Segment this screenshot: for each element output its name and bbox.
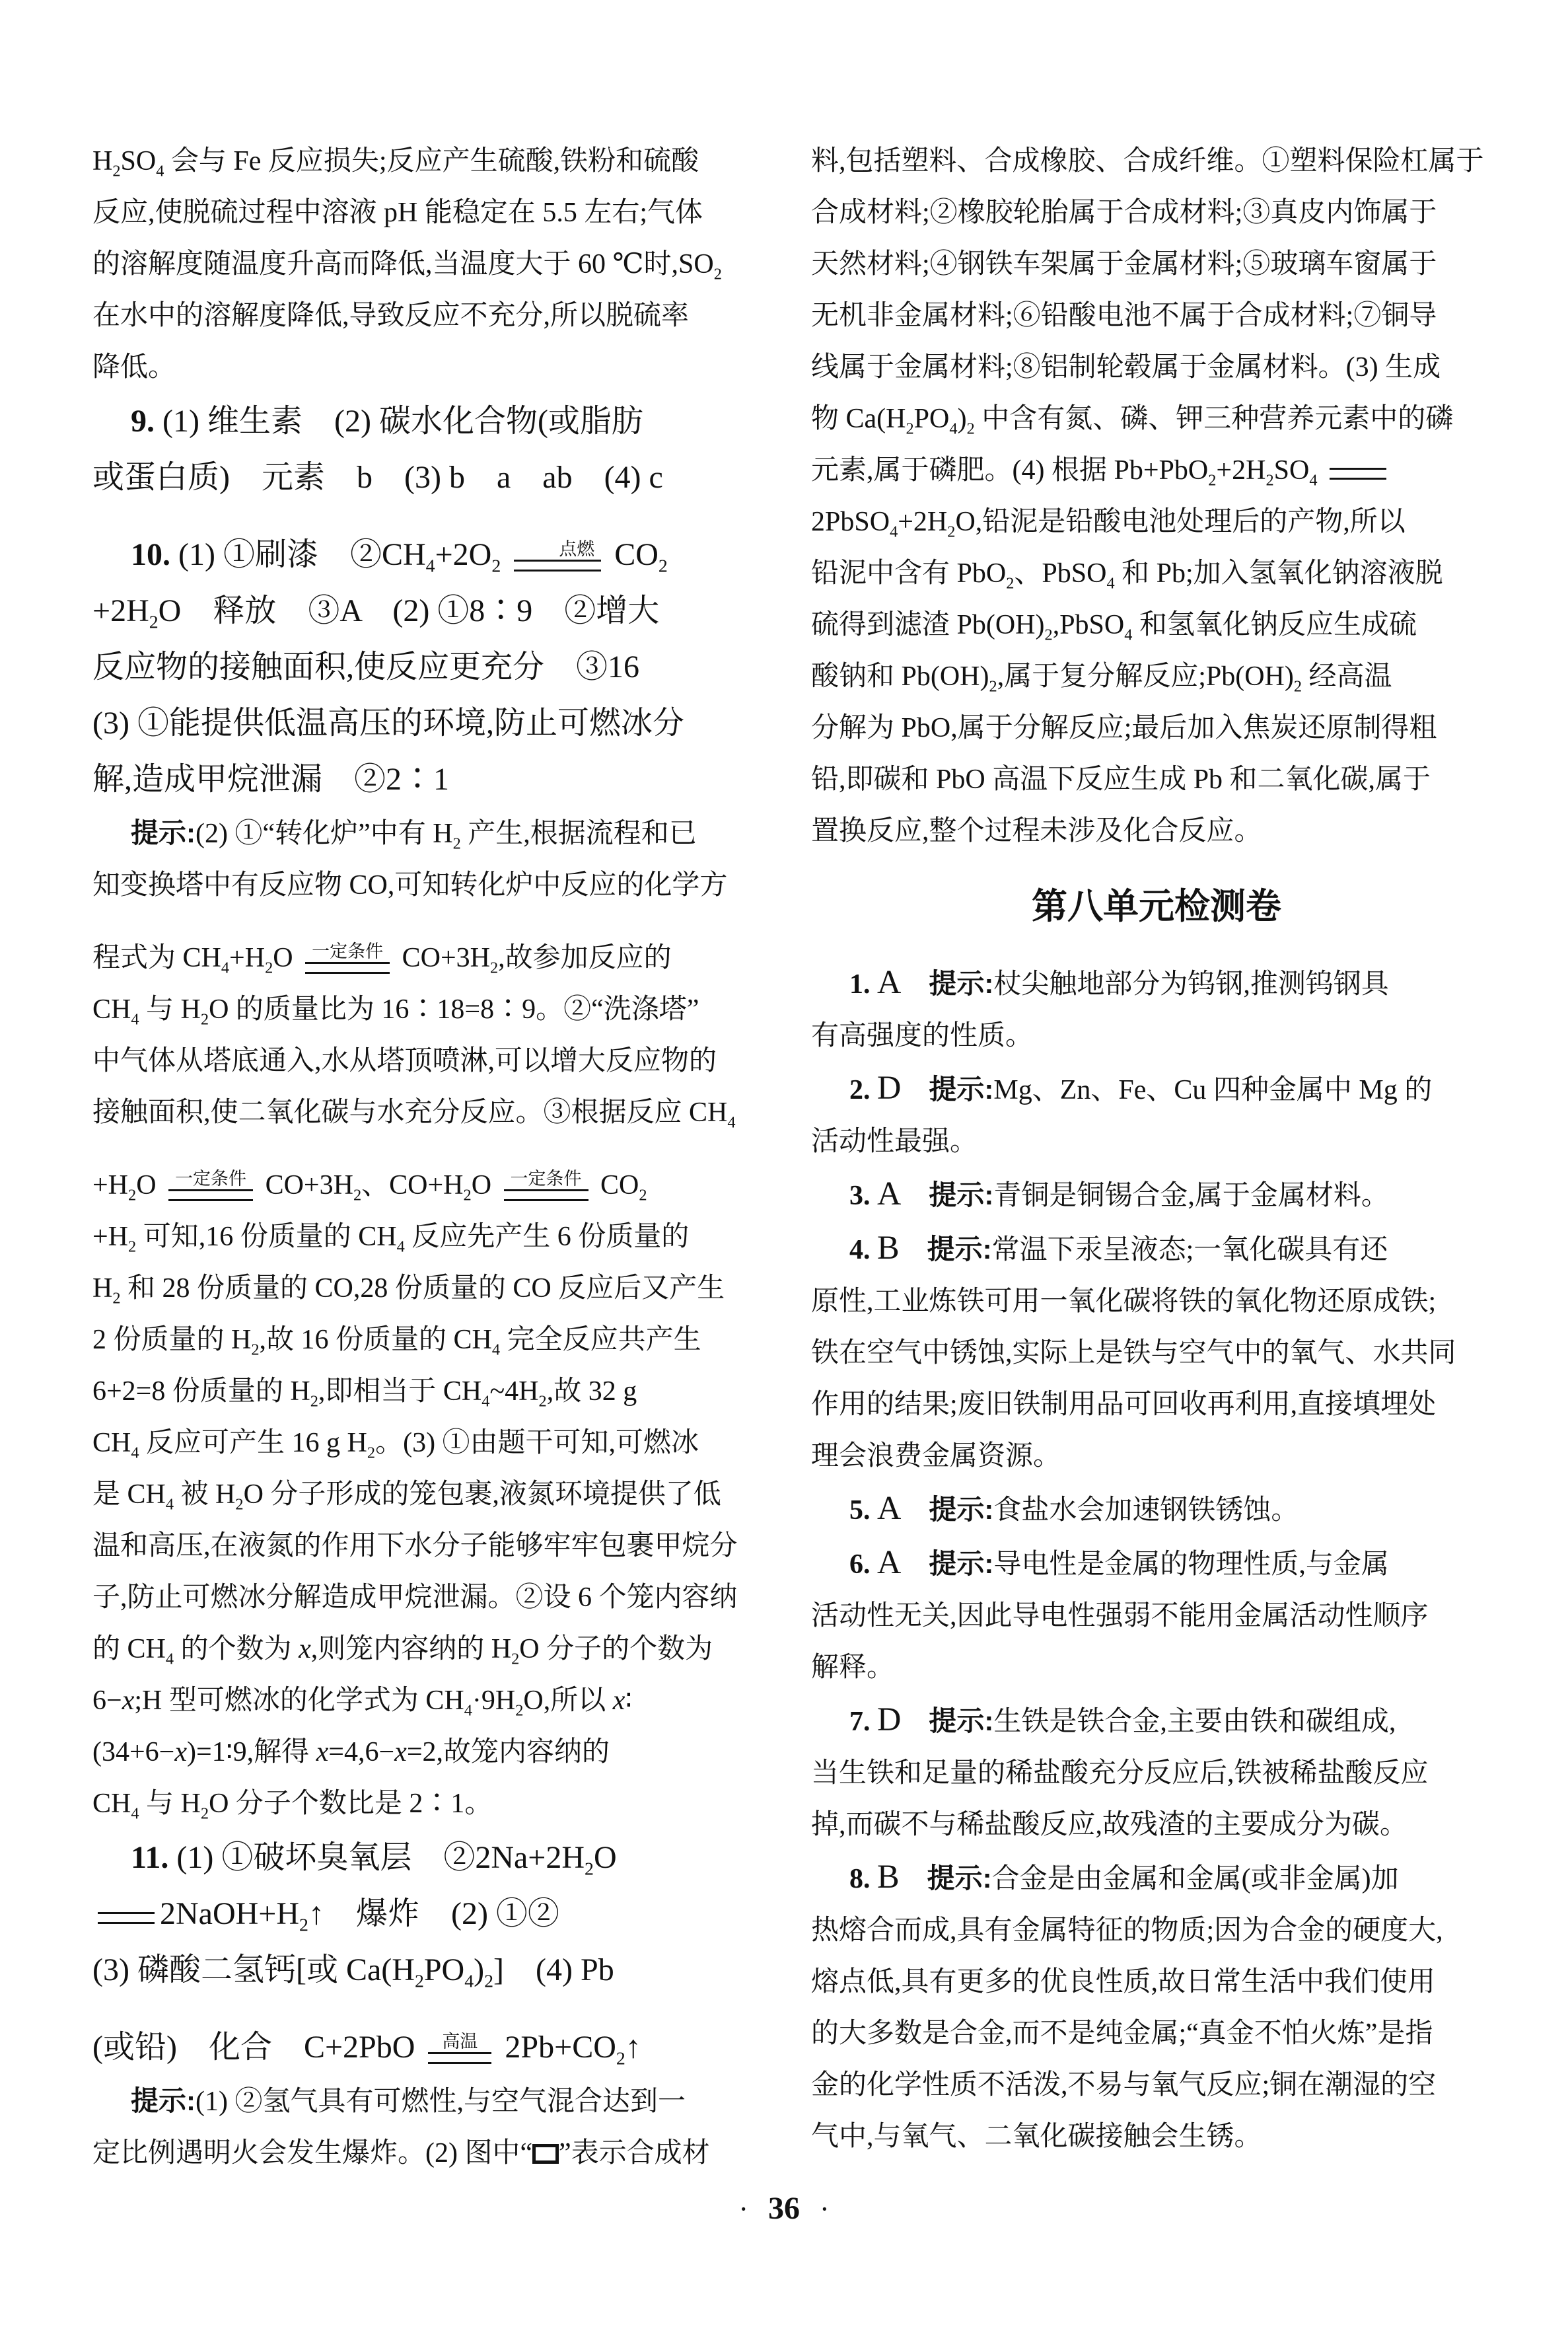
text-line: 物 Ca(H2PO4)2 中含有氮、磷、钾三种营养元素中的磷 (811, 393, 1502, 445)
text-line: (34+6−x)=1∶9,解得 x=4,6−x=2,故笼内容纳的 (92, 1726, 783, 1778)
text-line: H2SO4 会与 Fe 反应损失;反应产生硫酸,铁粉和硫酸 (92, 135, 783, 187)
text-line: 置换反应,整个过程未涉及化合反应。 (811, 805, 1502, 857)
text-line: 天然材料;④钢铁车架属于金属材料;⑤玻璃车窗属于 (811, 239, 1502, 290)
text-line: 理会浪费金属资源。 (811, 1430, 1502, 1482)
text-line: 7. D 提示:生铁是铁合金,主要由铁和碳组成, (811, 1693, 1502, 1748)
text-line: 2 份质量的 H2,故 16 份质量的 CH4 完全反应共产生 (92, 1314, 783, 1366)
reaction-condition: 一定条件 (504, 1168, 588, 1201)
text-line: 热熔合而成,具有金属特征的物质;因为合金的硬度大, (811, 1905, 1502, 1956)
text-line: 线属于金属材料;⑧铝制轮毂属于金属材料。(3) 生成 (811, 342, 1502, 393)
text-line: 6. A 提示:导电性是金属的物理性质,与金属 (811, 1536, 1502, 1590)
text-line: +H2O 一定条件 CO+3H2、CO+H2O 一定条件 CO2 (92, 1138, 783, 1211)
footer-dot-right: · (820, 2193, 830, 2225)
reaction-condition: 一定条件 (168, 1168, 253, 1201)
text-line: 当生铁和足量的稀盐酸充分反应后,铁被稀盐酸反应 (811, 1748, 1502, 1799)
text-line: 知变换塔中有反应物 CO,可知转化炉中反应的化学方 (92, 860, 783, 911)
text-line: 中气体从塔底通入,水从塔顶喷淋,可以增大反应物的 (92, 1035, 783, 1087)
text-line: 子,防止可燃冰分解造成甲烷泄漏。②设 6 个笼内容纳 (92, 1572, 783, 1623)
equals-sign (98, 1912, 155, 1924)
text-line: +2H2O 释放 ③A (2) ①8∶9 ②增大 (92, 583, 783, 639)
text-line: 10. (1) ①刷漆 ②CH4+2O2 点燃 CO2 (92, 505, 783, 583)
text-line: 铁在空气中锈蚀,实际上是铁与空气中的氧气、水共同 (811, 1327, 1502, 1379)
text-line: CH4 与 H2O 分子个数比是 2∶1。 (92, 1778, 783, 1829)
text-line: 合成材料;②橡胶轮胎属于合成材料;③真皮内饰属于 (811, 187, 1502, 239)
text-line: 在水中的溶解度降低,导致反应不充分,所以脱硫率 (92, 290, 783, 342)
text-line: 解,造成甲烷泄漏 ②2∶1 (92, 751, 783, 807)
page-footer: ·36· (0, 2190, 1568, 2227)
text-line: (3) 磷酸二氢钙[或 Ca(H2PO4)2] (4) Pb (92, 1942, 783, 1998)
text-line: 提示:(1) ②氢气具有可燃性,与空气混合达到一 (92, 2075, 783, 2127)
text-line: 酸钠和 Pb(OH)2,属于复分解反应;Pb(OH)2 经高温 (811, 651, 1502, 702)
text-line: 反应物的接触面积,使反应更充分 ③16 (92, 639, 783, 695)
text-line: 的溶解度随温度升高而降低,当温度大于 60 ℃时,SO2 (92, 239, 783, 290)
text-line: 3. A 提示:青铜是铜锡合金,属于金属材料。 (811, 1167, 1502, 1222)
text-line: 6+2=8 份质量的 H2,即相当于 CH4~4H2,故 32 g (92, 1366, 783, 1417)
text-line: 8. B 提示:合金是由金属和金属(或非金属)加 (811, 1851, 1502, 1905)
text-line: 1. A 提示:杖尖触地部分为钨钢,推测钨钢具 (811, 956, 1502, 1010)
text-line: 提示:(2) ①“转化炉”中有 H2 产生,根据流程和已 (92, 807, 783, 860)
text-line: 4. B 提示:常温下汞呈液态;一氧化碳具有还 (811, 1222, 1502, 1276)
text-line: 接触面积,使二氧化碳与水充分反应。③根据反应 CH4 (92, 1087, 783, 1138)
text-line: CH4 与 H2O 的质量比为 16∶18=8∶9。②“洗涤塔” (92, 984, 783, 1035)
text-line: 解释。 (811, 1642, 1502, 1693)
section-heading: 第八单元检测卷 (811, 857, 1502, 956)
text-line: (3) ①能提供低温高压的环境,防止可燃冰分 (92, 695, 783, 751)
text-line: 作用的结果;废旧铁制用品可回收再利用,直接填埋处 (811, 1379, 1502, 1430)
reaction-condition: 点燃 (514, 538, 601, 572)
text-line: 反应,使脱硫过程中溶液 pH 能稳定在 5.5 左右;气体 (92, 187, 783, 239)
reaction-condition: 一定条件 (305, 941, 390, 974)
text-line: 料,包括塑料、合成橡胶、合成纤维。①塑料保险杠属于 (811, 135, 1502, 187)
text-line: 11. (1) ①破坏臭氧层 ②2Na+2H2O (92, 1829, 783, 1886)
reaction-condition: 高温 (428, 2031, 491, 2064)
text-line: 6−x;H 型可燃冰的化学式为 CH4·9H2O,所以 x∶ (92, 1675, 783, 1726)
page-number: 36 (768, 2191, 800, 2226)
text-line: 铅,即碳和 PbO 高温下反应生成 Pb 和二氧化碳,属于 (811, 754, 1502, 805)
text-line: 掉,而碳不与稀盐酸反应,故残渣的主要成分为碳。 (811, 1799, 1502, 1851)
text-line: 降低。 (92, 342, 783, 393)
text-line: 定比例遇明火会发生爆炸。(2) 图中“”表示合成材 (92, 2127, 783, 2179)
text-line: 的大多数是合金,而不是纯金属;“真金不怕火炼”是指 (811, 2008, 1502, 2059)
text-line: 程式为 CH4+H2O 一定条件 CO+3H2,故参加反应的 (92, 911, 783, 984)
text-line: 原性,工业炼铁可用一氧化碳将铁的氧化物还原成铁; (811, 1276, 1502, 1327)
text-line: CH4 反应可产生 16 g H2。(3) ①由题干可知,可燃冰 (92, 1417, 783, 1469)
text-line: 铅泥中含有 PbO2、PbSO4 和 Pb;加入氢氧化钠溶液脱 (811, 548, 1502, 599)
footer-dot-left: · (738, 2193, 748, 2225)
left-column: H2SO4 会与 Fe 反应损失;反应产生硫酸,铁粉和硫酸反应,使脱硫过程中溶液… (92, 135, 783, 2179)
text-line: 元素,属于磷肥。(4) 根据 Pb+PbO2+2H2SO4 (811, 445, 1502, 496)
square-placeholder-icon (532, 2144, 559, 2163)
text-line: 是 CH4 被 H2O 分子形成的笼包裹,液氮环境提供了低 (92, 1469, 783, 1520)
text-line: 熔点低,具有更多的优良性质,故日常生活中我们使用 (811, 1956, 1502, 2008)
text-line: 硫得到滤渣 Pb(OH)2,PbSO4 和氢氧化钠反应生成硫 (811, 599, 1502, 651)
text-line: 温和高压,在液氮的作用下水分子能够牢牢包裹甲烷分 (92, 1520, 783, 1572)
text-line: H2 和 28 份质量的 CO,28 份质量的 CO 反应后又产生 (92, 1263, 783, 1314)
text-line: 5. A 提示:食盐水会加速钢铁锈蚀。 (811, 1482, 1502, 1536)
text-line: +H2 可知,16 份质量的 CH4 反应先产生 6 份质量的 (92, 1211, 783, 1263)
text-line: 有高强度的性质。 (811, 1010, 1502, 1062)
answer-key-page: H2SO4 会与 Fe 反应损失;反应产生硫酸,铁粉和硫酸反应,使脱硫过程中溶液… (0, 0, 1568, 2325)
text-line: 气中,与氧气、二氧化碳接触会生锈。 (811, 2111, 1502, 2162)
text-line: 分解为 PbO,属于分解反应;最后加入焦炭还原制得粗 (811, 702, 1502, 754)
text-line: 无机非金属材料;⑥铅酸电池不属于合成材料;⑦铜导 (811, 290, 1502, 342)
text-line: 或蛋白质) 元素 b (3) b a ab (4) c (92, 449, 783, 505)
text-line: 2NaOH+H2↑ 爆炸 (2) ①② (92, 1886, 783, 1942)
text-line: 活动性无关,因此导电性强弱不能用金属活动性顺序 (811, 1590, 1502, 1642)
text-line: 9. (1) 维生素 (2) 碳水化合物(或脂肪 (92, 393, 783, 449)
text-line: 金的化学性质不活泼,不易与氧气反应;铜在潮湿的空 (811, 2059, 1502, 2111)
text-line: (或铅) 化合 C+2PbO 高温 2Pb+CO2↑ (92, 1998, 783, 2075)
text-line: 的 CH4 的个数为 x,则笼内容纳的 H2O 分子的个数为 (92, 1623, 783, 1675)
right-column: 料,包括塑料、合成橡胶、合成纤维。①塑料保险杠属于合成材料;②橡胶轮胎属于合成材… (811, 135, 1502, 2162)
text-line: 活动性最强。 (811, 1116, 1502, 1167)
text-line: 2PbSO4+2H2O,铅泥是铅酸电池处理后的产物,所以 (811, 496, 1502, 548)
equals-sign (1330, 468, 1386, 480)
text-line: 2. D 提示:Mg、Zn、Fe、Cu 四种金属中 Mg 的 (811, 1062, 1502, 1116)
